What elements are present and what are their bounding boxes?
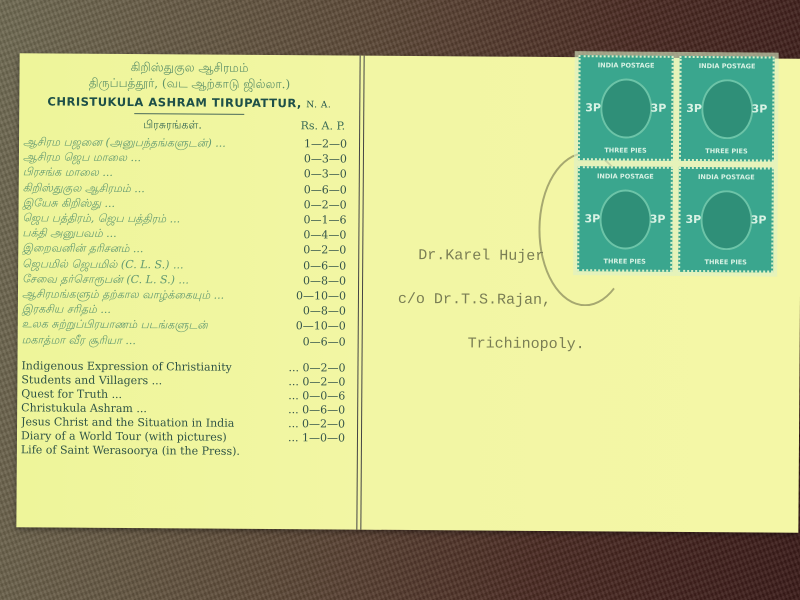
item-title: Christukula Ashram ... xyxy=(21,401,147,416)
item-price: 0—6—0 xyxy=(303,258,354,274)
item-title: Life of Saint Werasoorya (in the Press). xyxy=(21,443,240,459)
item-price: 0—1—6 xyxy=(303,212,354,228)
stamp-value: 3P xyxy=(686,102,702,115)
stamp-bottom-text: THREE PIES xyxy=(705,147,747,155)
postage-stamp: INDIA POSTAGETHREE PIES3P3P xyxy=(578,55,674,161)
stamp-value: 3P xyxy=(650,213,666,226)
king-portrait-icon xyxy=(599,189,651,249)
english-price-list: Indigenous Expression of Christianity...… xyxy=(21,359,354,459)
list-heading-tamil: பிரசுரங்கள். xyxy=(143,118,202,133)
item-price xyxy=(345,445,353,459)
address-line-1: Dr.Karel Hujer xyxy=(398,234,585,279)
currency-header: Rs. A. P. xyxy=(301,119,346,134)
item-price: ... 0—0—6 xyxy=(288,389,353,403)
list-header: பிரசுரங்கள். Rs. A. P. xyxy=(23,117,355,134)
item-title: இயேசு கிறிஸ்து ... xyxy=(23,195,116,211)
stamp-top-text: INDIA POSTAGE xyxy=(699,62,756,70)
stamp-top-text: INDIA POSTAGE xyxy=(597,172,654,180)
stamp-value: 3P xyxy=(651,102,667,115)
stamp-value: 3P xyxy=(585,101,601,114)
stamp-bottom-text: THREE PIES xyxy=(604,257,646,265)
item-price: 0—4—0 xyxy=(303,227,354,243)
sender-tamil-line2: திருப்பத்தூர், (வட ஆற்காடு ஜில்லா.) xyxy=(23,75,355,93)
item-price: 0—2—0 xyxy=(303,243,354,259)
item-title: ஜெபமில் ஜெபமில் (C. L. S.) ... xyxy=(22,256,183,272)
stamp-value: 3P xyxy=(584,212,600,225)
king-portrait-icon xyxy=(701,79,753,139)
item-title: உலக சுற்றுப்பிரயாணம் படங்களுடன் xyxy=(22,317,208,334)
recipient-address: Dr.Karel Hujer c/o Dr.T.S.Rajan, Trichin… xyxy=(397,234,585,367)
envelope: கிறிஸ்துகுல ஆசிரமம் திருப்பத்தூர், (வட ஆ… xyxy=(16,53,800,532)
item-title: ஜெப பத்திரம், ஜெப பத்திரம் ... xyxy=(22,210,180,226)
item-price: ... 0—2—0 xyxy=(288,375,353,389)
item-title: Diary of a World Tour (with pictures) xyxy=(21,429,227,444)
king-portrait-icon xyxy=(600,78,652,138)
item-title: ஆசிரம ஜெப மாலை ... xyxy=(23,150,141,166)
postage-stamp: INDIA POSTAGETHREE PIES3P3P xyxy=(678,167,774,273)
stamp-bottom-text: THREE PIES xyxy=(604,146,646,154)
stamp-top-text: INDIA POSTAGE xyxy=(698,173,755,181)
item-title: Students and Villagers ... xyxy=(21,373,162,388)
item-title: பக்தி அனுபவம் ... xyxy=(22,226,116,242)
item-price: 0—3—0 xyxy=(304,167,355,183)
item-price: 0—3—0 xyxy=(304,151,355,167)
item-price: 0—2—0 xyxy=(304,197,355,213)
item-title: பிரசங்க மாலை ... xyxy=(23,165,113,181)
item-price: 1—2—0 xyxy=(304,136,355,152)
item-price: ... 1—0—0 xyxy=(288,431,353,445)
item-price: 0—10—0 xyxy=(296,319,354,335)
item-title: மகாத்மா வீர சூரியா ... xyxy=(22,332,136,348)
item-title: ஆசிரமங்களும் தற்கால வாழ்க்கையும் ... xyxy=(22,286,224,303)
stamp-bottom-text: THREE PIES xyxy=(705,258,747,266)
item-title: கிறிஸ்துகுல ஆசிரமம் ... xyxy=(23,180,145,196)
address-line-3: Trichinopoly. xyxy=(397,322,584,367)
stamp-value: 3P xyxy=(752,102,768,115)
printed-price-list: கிறிஸ்துகுல ஆசிரமம் திருப்பத்தூர், (வட ஆ… xyxy=(21,59,356,459)
item-price: 0—6—0 xyxy=(303,334,354,350)
item-title: Indigenous Expression of Christianity xyxy=(21,359,231,374)
item-price: 0—10—0 xyxy=(296,288,354,304)
list-item: மகாத்மா வீர சூரியா ...0—6—0 xyxy=(22,332,354,350)
item-title: இறைவனின் தரிசனம் ... xyxy=(22,241,143,257)
item-title: ஆசிரம பஜனை (அனுபந்தங்களுடன்) ... xyxy=(23,134,226,151)
stamp-value: 3P xyxy=(685,213,701,226)
item-title: Quest for Truth ... xyxy=(21,387,122,402)
item-price: ... 0—2—0 xyxy=(288,417,353,431)
king-portrait-icon xyxy=(700,190,752,250)
item-price: 0—8—0 xyxy=(303,303,354,319)
item-price: 0—6—0 xyxy=(304,182,355,198)
list-item: Life of Saint Werasoorya (in the Press). xyxy=(21,443,353,459)
address-line-2: c/o Dr.T.S.Rajan, xyxy=(398,278,585,323)
stamp-block: INDIA POSTAGETHREE PIES3P3PINDIA POSTAGE… xyxy=(573,51,779,276)
sender-name: CHRISTUKULA ASHRAM TIRUPATTUR, N. A. xyxy=(23,94,355,110)
item-title: சேவை தர்சொரூபன் (C. L. S.) ... xyxy=(22,271,189,287)
tamil-price-list: ஆசிரம பஜனை (அனுபந்தங்களுடன்) ...1—2—0ஆசி… xyxy=(22,134,355,349)
item-title: Jesus Christ and the Situation in India xyxy=(21,415,234,430)
item-price: ... 0—6—0 xyxy=(288,403,353,417)
postage-stamp: INDIA POSTAGETHREE PIES3P3P xyxy=(679,56,775,162)
envelope-divider-line xyxy=(356,56,364,530)
item-title: இரகசிய சரிதம் ... xyxy=(22,302,111,318)
stamp-top-text: INDIA POSTAGE xyxy=(598,61,655,69)
divider-rule xyxy=(134,113,244,115)
item-price: 0—8—0 xyxy=(303,273,354,289)
postage-stamp: INDIA POSTAGETHREE PIES3P3P xyxy=(577,166,673,272)
stamp-value: 3P xyxy=(751,213,767,226)
item-price: ... 0—2—0 xyxy=(288,361,353,375)
